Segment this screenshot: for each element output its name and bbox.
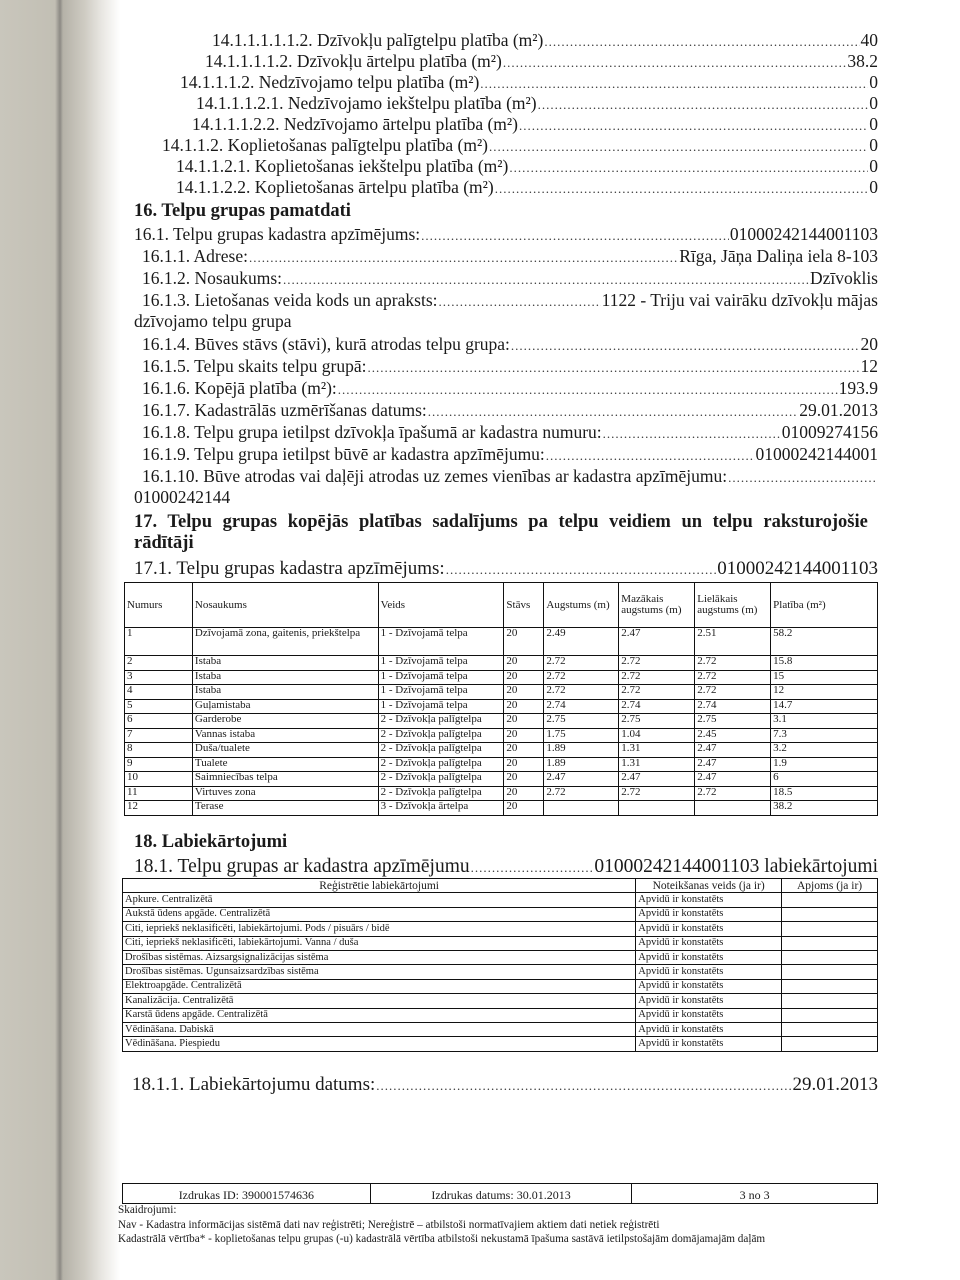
column-header: Mazākais augstums (m)	[619, 583, 695, 628]
table-row: 12Terase3 - Dzīvokļa ārtelpa2038.2	[125, 801, 878, 816]
table-cell: 3.2	[771, 743, 878, 758]
table-cell: 9	[125, 757, 193, 772]
column-header: Platība (m²)	[771, 583, 878, 628]
table-row: 9Tualete2 - Dzīvokļa palīgtelpa201.891.3…	[125, 757, 878, 772]
table-cell: 2 - Dzīvokļa palīgtelpa	[378, 786, 504, 801]
table-cell: 6	[771, 772, 878, 787]
table-cell	[782, 1008, 878, 1022]
table-cell: 1 - Dzīvojamā telpa	[378, 699, 504, 714]
table-cell: Dzīvojamā zona, gaitenis, priekštelpa	[192, 628, 378, 656]
s14-line: 14.1.1.2.1. Koplietošanas iekštelpu plat…	[176, 156, 878, 177]
table-cell: 20	[504, 714, 544, 729]
table-cell: 2 - Dzīvokļa palīgtelpa	[378, 772, 504, 787]
table-row: 7Vannas istaba2 - Dzīvokļa palīgtelpa201…	[125, 728, 878, 743]
table-cell: Drošības sistēmas. Aizsargsignalizācijas…	[123, 950, 636, 964]
table-cell	[782, 936, 878, 950]
facilities-table-header: Reģistrētie labiekārtojumiNoteikšanas ve…	[123, 879, 878, 893]
table-cell: 3	[125, 670, 193, 685]
column-header: Lielākais augstums (m)	[695, 583, 771, 628]
table-cell	[782, 907, 878, 921]
table-row: 1Dzīvojamā zona, gaitenis, priekštelpa1 …	[125, 628, 878, 656]
table-cell: 2.74	[619, 699, 695, 714]
table-cell: 2.72	[544, 656, 619, 671]
table-cell	[782, 965, 878, 979]
s16-line: 16.1.1. Adrese:Rīga, Jāņa Daliņa iela 8-…	[142, 246, 878, 267]
table-cell: 2 - Dzīvokļa palīgtelpa	[378, 757, 504, 772]
table-cell: Apvidū ir konstatēts	[636, 1008, 782, 1022]
table-cell: 20	[504, 728, 544, 743]
column-header: Nosaukums	[192, 583, 378, 628]
section-17-heading: 17. Telpu grupas kopējās platības sadalī…	[134, 512, 878, 533]
table-cell: 2.72	[695, 685, 771, 700]
table-row: 8Duša/tualete2 - Dzīvokļa palīgtelpa201.…	[125, 743, 878, 758]
table-cell: Vannas istaba	[192, 728, 378, 743]
table-cell: 2.47	[695, 772, 771, 787]
table-cell: 2.74	[544, 699, 619, 714]
column-header: Reģistrētie labiekārtojumi	[123, 879, 636, 893]
s14-line: 14.1.1.2. Koplietošanas palīgtelpu platī…	[162, 135, 878, 156]
s16-line: 16.1.9. Telpu grupa ietilpst būvē ar kad…	[142, 444, 878, 465]
table-cell: Saimniecības telpa	[192, 772, 378, 787]
table-cell: Istaba	[192, 685, 378, 700]
table-cell	[782, 1022, 878, 1036]
s16-line: 16.1. Telpu grupas kadastra apzīmējums:0…	[134, 224, 878, 245]
table-cell: 2.75	[544, 714, 619, 729]
table-cell: Apvidū ir konstatēts	[636, 907, 782, 921]
table-cell	[782, 994, 878, 1008]
table-cell: 1.31	[619, 757, 695, 772]
table-cell: 2.75	[619, 714, 695, 729]
table-row: 11Virtuves zona2 - Dzīvokļa palīgtelpa20…	[125, 786, 878, 801]
table-cell: 20	[504, 772, 544, 787]
table-cell	[782, 979, 878, 993]
table-cell: 2 - Dzīvokļa palīgtelpa	[378, 728, 504, 743]
table-row: 3Istaba1 - Dzīvojamā telpa202.722.722.72…	[125, 670, 878, 685]
table-cell: Apvidū ir konstatēts	[636, 965, 782, 979]
table-cell: Apvidū ir konstatēts	[636, 950, 782, 964]
s16-line: 16.1.10. Būve atrodas vai daļēji atrodas…	[142, 466, 878, 487]
table-cell: 4	[125, 685, 193, 700]
page-number: 3 no 3	[632, 1184, 878, 1204]
s14-line: 14.1.1.1.1.1.2. Dzīvokļu palīgtelpu plat…	[212, 30, 878, 51]
table-cell: 14.7	[771, 699, 878, 714]
table-cell: 1.75	[544, 728, 619, 743]
s14-line: 14.1.1.1.2.2. Nedzīvojamo ārtelpu platīb…	[192, 114, 878, 135]
table-cell: 2.72	[544, 685, 619, 700]
table-cell	[695, 801, 771, 816]
table-row: Karstā ūdens apgāde. CentralizētāApvidū …	[123, 1008, 878, 1022]
table-cell: 1.89	[544, 743, 619, 758]
table-cell: 20	[504, 699, 544, 714]
table-row: 10Saimniecības telpa2 - Dzīvokļa palīgte…	[125, 772, 878, 787]
print-date: Izdrukas datums: 30.01.2013	[370, 1184, 632, 1204]
note-1: Nav - Kadastra informācijas sistēmā dati…	[118, 1218, 880, 1233]
table-row: Citi, iepriekš neklasificēti, labiekārto…	[123, 922, 878, 936]
table-cell: Kanalizācija. Centralizētā	[123, 994, 636, 1008]
page-binding-shadow	[0, 0, 120, 1280]
rooms-table: NumursNosaukumsVeidsStāvsAugstums (m)Maz…	[124, 582, 878, 816]
table-row: Apkure. CentralizētāApvidū ir konstatēts	[123, 893, 878, 907]
table-cell: Drošības sistēmas. Ugunsaizsardzības sis…	[123, 965, 636, 979]
table-cell: 2.72	[695, 656, 771, 671]
table-cell: 1.89	[544, 757, 619, 772]
table-cell: 2.72	[619, 685, 695, 700]
notes-title: Skaidrojumi:	[118, 1203, 880, 1218]
print-footer: Izdrukas ID: 390001574636 Izdrukas datum…	[122, 1183, 878, 1204]
table-cell: 3 - Dzīvokļa ārtelpa	[378, 801, 504, 816]
print-id: Izdrukas ID: 390001574636	[123, 1184, 371, 1204]
table-row: 6Garderobe2 - Dzīvokļa palīgtelpa202.752…	[125, 714, 878, 729]
table-cell: 2.47	[695, 743, 771, 758]
note-2: Kadastrālā vērtība* - koplietošanas telp…	[118, 1232, 880, 1247]
s16-line: 16.1.3. Lietošanas veida kods un aprakst…	[142, 290, 878, 311]
table-cell: 2.72	[695, 670, 771, 685]
table-cell: 2.72	[619, 656, 695, 671]
table-cell: 2.45	[695, 728, 771, 743]
table-cell: Vēdināšana. Piespiedu	[123, 1037, 636, 1051]
table-cell: 1 - Dzīvojamā telpa	[378, 685, 504, 700]
table-row: Drošības sistēmas. Ugunsaizsardzības sis…	[123, 965, 878, 979]
table-row: 2Istaba1 - Dzīvojamā telpa202.722.722.72…	[125, 656, 878, 671]
table-cell: 5	[125, 699, 193, 714]
table-row: Vēdināšana. DabiskāApvidū ir konstatēts	[123, 1022, 878, 1036]
table-cell: 2.75	[695, 714, 771, 729]
s16-continuation: 01000242144	[134, 487, 230, 508]
table-cell: 2.47	[544, 772, 619, 787]
table-cell: 12	[125, 801, 193, 816]
table-cell: 1.04	[619, 728, 695, 743]
s18-sub: 18.1. Telpu grupas ar kadastra apzīmējum…	[134, 856, 878, 878]
table-cell: 8	[125, 743, 193, 758]
table-cell: 1	[125, 628, 193, 656]
table-cell: Terase	[192, 801, 378, 816]
table-cell: Istaba	[192, 670, 378, 685]
column-header: Noteikšanas veids (ja ir)	[636, 879, 782, 893]
table-cell: 20	[504, 670, 544, 685]
section-16-heading: 16. Telpu grupas pamatdati	[134, 201, 878, 222]
table-cell: 2 - Dzīvokļa palīgtelpa	[378, 743, 504, 758]
table-cell: Apvidū ir konstatēts	[636, 893, 782, 907]
table-cell: 20	[504, 656, 544, 671]
s16-line: 16.1.7. Kadastrālās uzmērīšanas datums:2…	[142, 400, 878, 421]
facilities-table: Reģistrētie labiekārtojumiNoteikšanas ve…	[122, 878, 878, 1052]
table-cell: 20	[504, 801, 544, 816]
table-cell: Apvidū ir konstatēts	[636, 994, 782, 1008]
table-cell: 20	[504, 743, 544, 758]
table-cell: 11	[125, 786, 193, 801]
section-18-heading: 18. Labiekārtojumi	[134, 832, 878, 853]
table-cell: Vēdināšana. Dabiskā	[123, 1022, 636, 1036]
s16-line: 16.1.2. Nosaukums:Dzīvoklis	[142, 268, 878, 289]
table-cell: 6	[125, 714, 193, 729]
table-row: 4Istaba1 - Dzīvojamā telpa202.722.722.72…	[125, 685, 878, 700]
table-cell: Virtuves zona	[192, 786, 378, 801]
s14-line: 14.1.1.1.2.1. Nedzīvojamo iekštelpu plat…	[196, 93, 878, 114]
table-cell: Istaba	[192, 656, 378, 671]
table-cell: 3.1	[771, 714, 878, 729]
table-cell: Guļamistaba	[192, 699, 378, 714]
table-cell: Apvidū ir konstatēts	[636, 936, 782, 950]
table-cell: 2.72	[619, 786, 695, 801]
table-cell: Tualete	[192, 757, 378, 772]
column-header: Veids	[378, 583, 504, 628]
table-cell: 12	[771, 685, 878, 700]
table-cell: 38.2	[771, 801, 878, 816]
s16-line: 16.1.6. Kopējā platība (m²):193.9	[142, 378, 878, 399]
table-cell: 7.3	[771, 728, 878, 743]
table-cell: 20	[504, 685, 544, 700]
table-cell: Citi, iepriekš neklasificēti, labiekārto…	[123, 922, 636, 936]
table-cell: Apvidū ir konstatēts	[636, 922, 782, 936]
table-cell: 2.72	[544, 670, 619, 685]
s16-continuation: dzīvojamo telpu grupa	[134, 311, 291, 332]
table-cell	[782, 922, 878, 936]
table-cell: Elektroapgāde. Centralizētā	[123, 979, 636, 993]
s14-line: 14.1.1.1.1.2. Dzīvokļu ārtelpu platība (…	[205, 51, 878, 72]
rooms-table-header: NumursNosaukumsVeidsStāvsAugstums (m)Maz…	[125, 583, 878, 628]
table-cell: Citi, iepriekš neklasificēti, labiekārto…	[123, 936, 636, 950]
table-cell: 1.9	[771, 757, 878, 772]
table-cell: 2.47	[619, 628, 695, 656]
table-cell: Garderobe	[192, 714, 378, 729]
table-cell	[544, 801, 619, 816]
explanations: Skaidrojumi: Nav - Kadastra informācijas…	[118, 1203, 880, 1247]
s18-date: 18.1.1. Labiekārtojumu datums: 29.01.201…	[132, 1074, 878, 1096]
s14-line: 14.1.1.2.2. Koplietošanas ārtelpu platīb…	[176, 177, 878, 198]
table-row: Aukstā ūdens apgāde. CentralizētāApvidū …	[123, 907, 878, 921]
table-cell: 2.51	[695, 628, 771, 656]
table-cell: 18.5	[771, 786, 878, 801]
table-row: 5Guļamistaba1 - Dzīvojamā telpa202.742.7…	[125, 699, 878, 714]
column-header: Stāvs	[504, 583, 544, 628]
column-header: Augstums (m)	[544, 583, 619, 628]
table-cell: 1 - Dzīvojamā telpa	[378, 656, 504, 671]
table-cell: 1 - Dzīvojamā telpa	[378, 628, 504, 656]
table-cell: Duša/tualete	[192, 743, 378, 758]
table-cell: 20	[504, 757, 544, 772]
s14-line: 14.1.1.1.2. Nedzīvojamo telpu platība (m…	[180, 72, 878, 93]
table-cell: 7	[125, 728, 193, 743]
table-cell: 2.72	[619, 670, 695, 685]
table-cell: 15	[771, 670, 878, 685]
table-cell: 2.47	[619, 772, 695, 787]
table-row: Kanalizācija. CentralizētāApvidū ir kons…	[123, 994, 878, 1008]
table-cell: 10	[125, 772, 193, 787]
table-cell: 2.47	[695, 757, 771, 772]
table-cell: 2.72	[544, 786, 619, 801]
table-cell	[619, 801, 695, 816]
table-cell: Apkure. Centralizētā	[123, 893, 636, 907]
column-header: Apjoms (ja ir)	[782, 879, 878, 893]
table-cell: 2.49	[544, 628, 619, 656]
table-row: Citi, iepriekš neklasificēti, labiekārto…	[123, 936, 878, 950]
table-cell: Aukstā ūdens apgāde. Centralizētā	[123, 907, 636, 921]
table-cell	[782, 1037, 878, 1051]
table-cell	[782, 950, 878, 964]
table-cell	[782, 893, 878, 907]
table-cell: 1 - Dzīvojamā telpa	[378, 670, 504, 685]
table-cell: 58.2	[771, 628, 878, 656]
table-row: Drošības sistēmas. Aizsargsignalizācijas…	[123, 950, 878, 964]
table-cell: Apvidū ir konstatēts	[636, 1037, 782, 1051]
table-cell: Karstā ūdens apgāde. Centralizētā	[123, 1008, 636, 1022]
table-cell: 2 - Dzīvokļa palīgtelpa	[378, 714, 504, 729]
table-cell: 2	[125, 656, 193, 671]
s16-line: 16.1.5. Telpu skaits telpu grupā:12	[142, 356, 878, 377]
s16-line: 16.1.4. Būves stāvs (stāvi), kurā atroda…	[142, 334, 878, 355]
table-cell: 20	[504, 786, 544, 801]
table-cell: 2.72	[695, 786, 771, 801]
table-row: Vēdināšana. PiespieduApvidū ir konstatēt…	[123, 1037, 878, 1051]
table-cell: 1.31	[619, 743, 695, 758]
table-cell: 15.8	[771, 656, 878, 671]
column-header: Numurs	[125, 583, 193, 628]
s16-line: 16.1.8. Telpu grupa ietilpst dzīvokļa īp…	[142, 422, 878, 443]
table-cell: 2.74	[695, 699, 771, 714]
s17-sub: 17.1. Telpu grupas kadastra apzīmējums:0…	[134, 558, 878, 580]
table-cell: Apvidū ir konstatēts	[636, 979, 782, 993]
table-cell: Apvidū ir konstatēts	[636, 1022, 782, 1036]
table-row: Elektroapgāde. CentralizētāApvidū ir kon…	[123, 979, 878, 993]
table-cell: 20	[504, 628, 544, 656]
section-17-heading-cont: rādītāji	[134, 533, 878, 554]
